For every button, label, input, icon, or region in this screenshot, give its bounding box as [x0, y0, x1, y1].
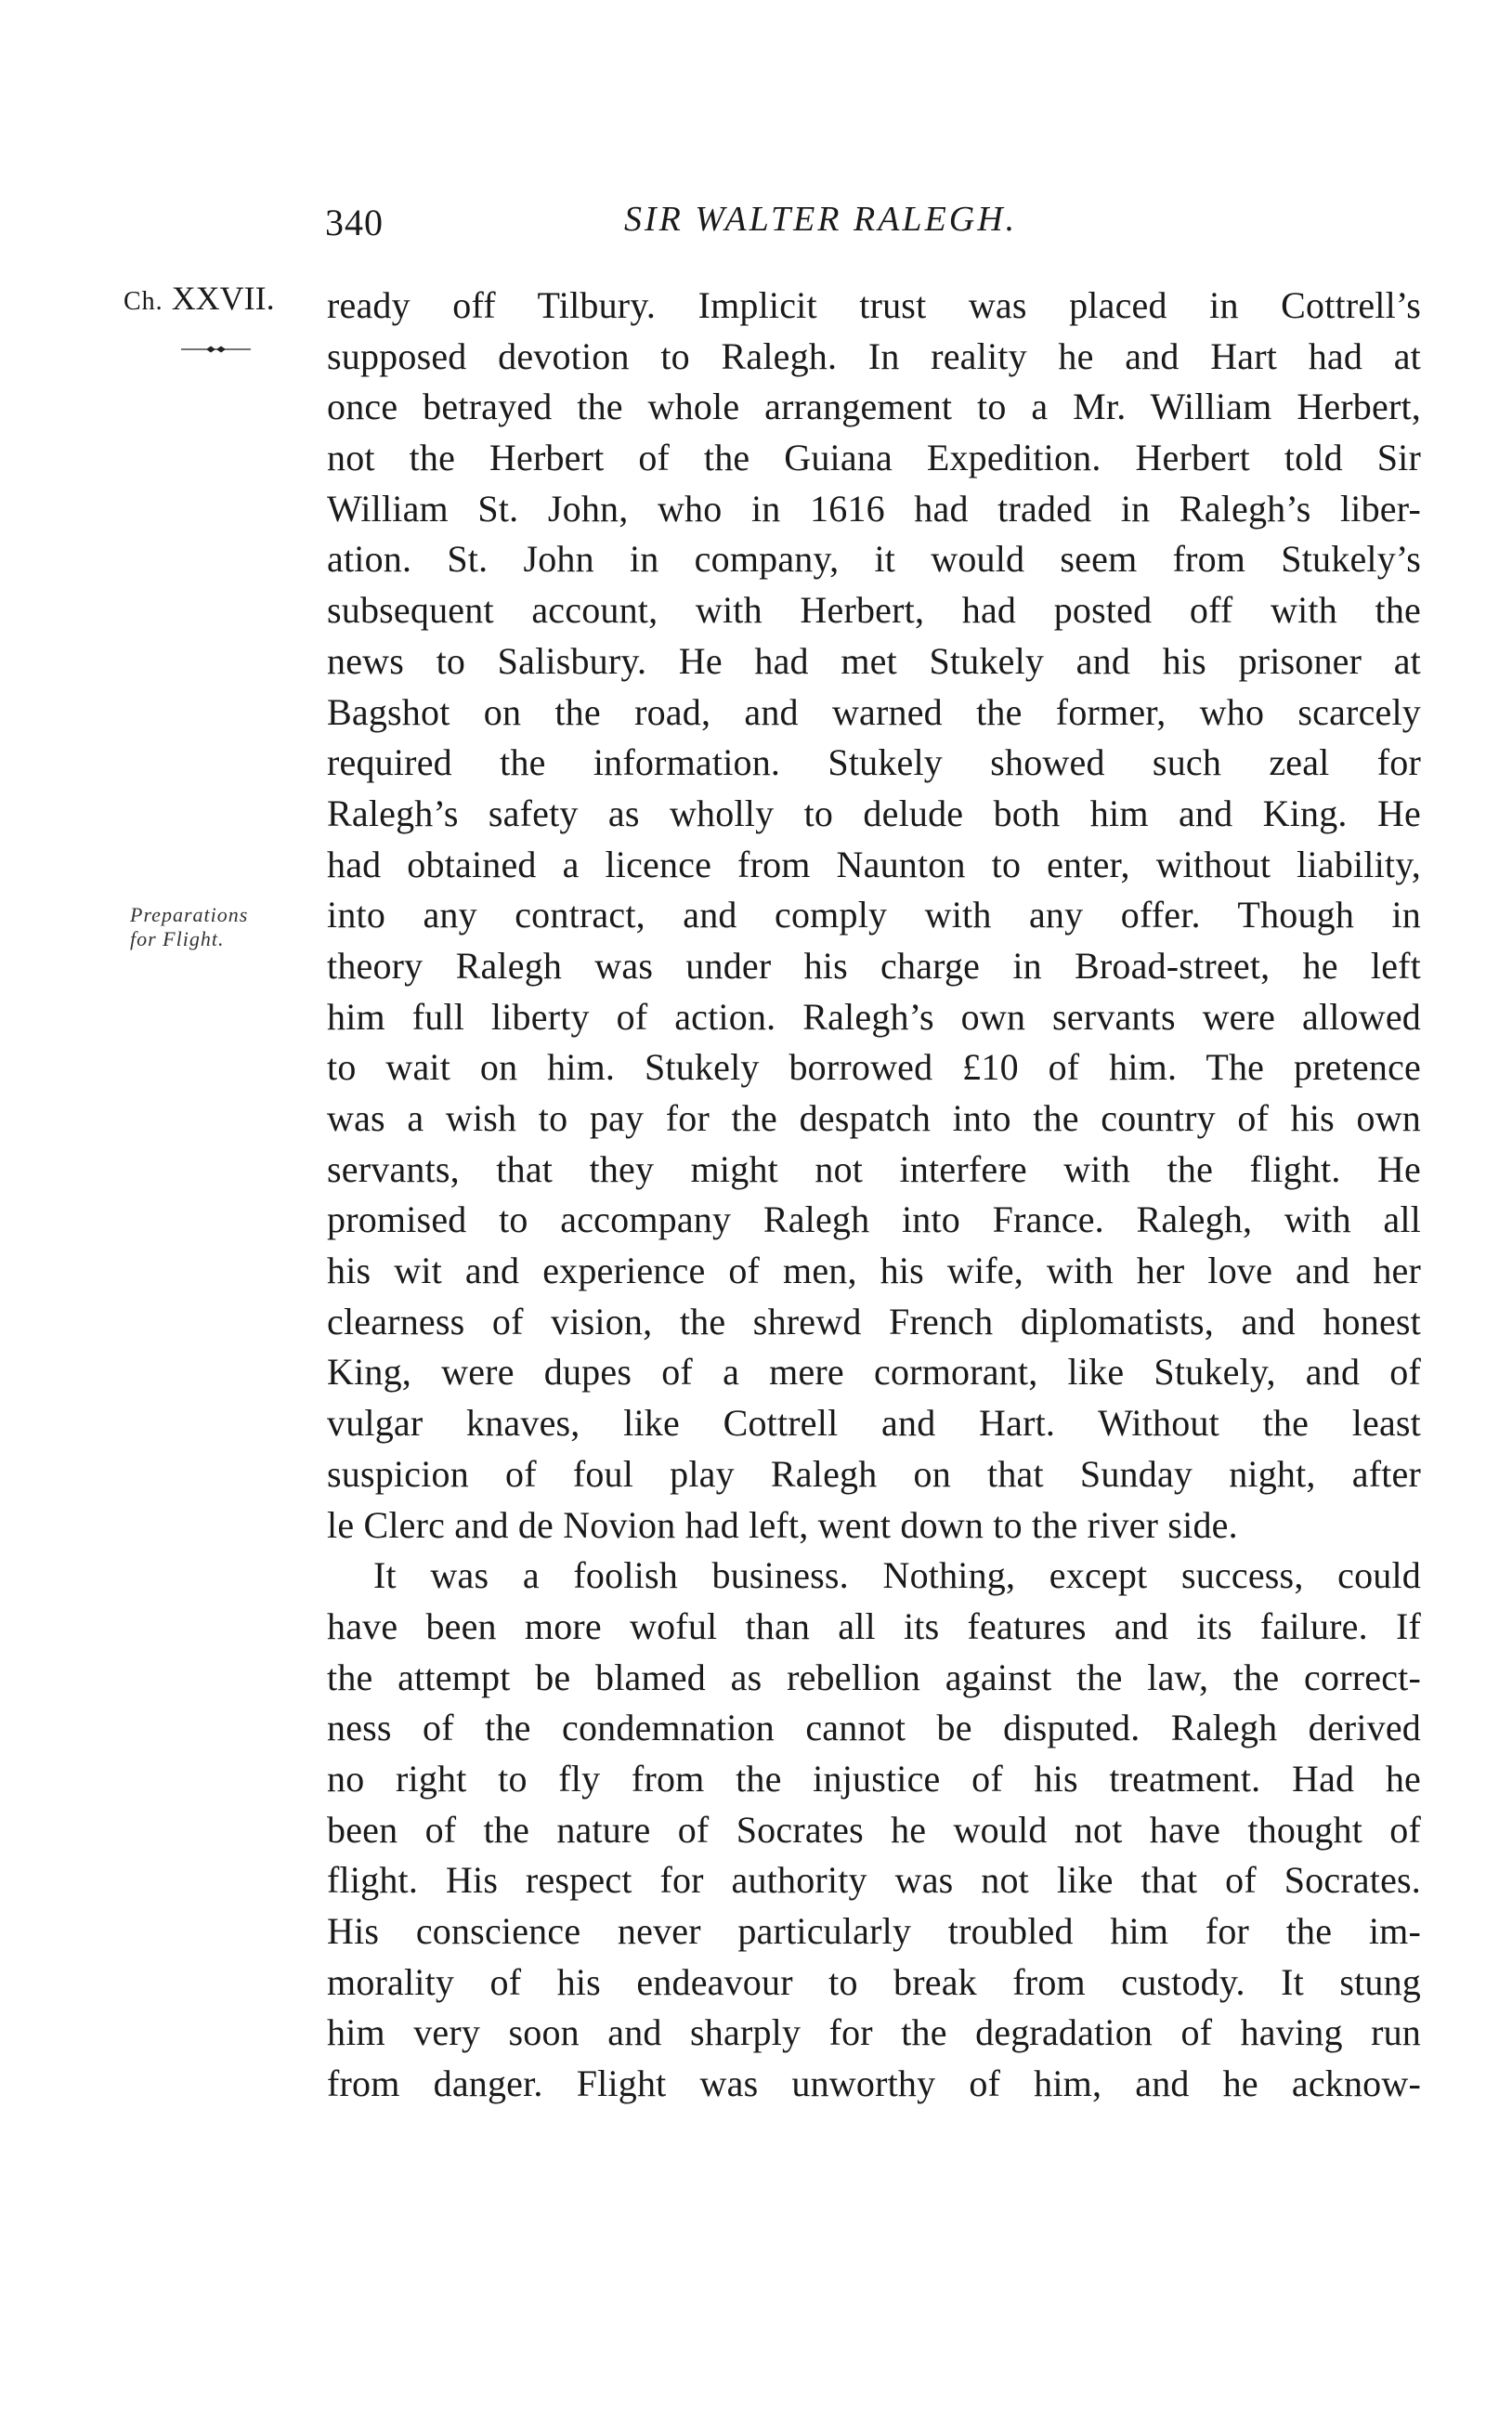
- text-line: was a wish to pay for the despatch into …: [327, 1093, 1421, 1145]
- text-line: vulgar knaves, like Cottrell and Hart. W…: [327, 1398, 1421, 1449]
- text-line: It was a foolish business. Nothing, exce…: [327, 1551, 1421, 1602]
- text-line: Bagshot on the road, and warned the form…: [327, 687, 1421, 739]
- chapter-prefix: Ch.: [124, 287, 163, 316]
- text-line: subsequent account, with Herbert, had po…: [327, 585, 1421, 636]
- chapter-marker: Ch. XXVII.: [124, 279, 275, 318]
- text-line: been of the nature of Socrates he would …: [327, 1805, 1421, 1856]
- text-line: theory Ralegh was under his charge in Br…: [327, 941, 1421, 992]
- text-line: supposed devotion to Ralegh. In reality …: [327, 332, 1421, 383]
- text-line: Ralegh’s safety as wholly to delude both…: [327, 789, 1421, 840]
- sidenote-line: Preparations: [130, 903, 248, 927]
- text-line: William St. John, who in 1616 had traded…: [327, 484, 1421, 535]
- sidenote-line: for Flight.: [130, 927, 248, 951]
- text-line: no right to fly from the injustice of hi…: [327, 1754, 1421, 1805]
- text-line: ready off Tilbury. Implicit trust was pl…: [327, 281, 1421, 332]
- body-text: ready off Tilbury. Implicit trust was pl…: [327, 281, 1421, 2110]
- text-line: ness of the condemnation cannot be dispu…: [327, 1703, 1421, 1754]
- text-line: suspicion of foul play Ralegh on that Su…: [327, 1449, 1421, 1500]
- text-line: clearness of vision, the shrewd French d…: [327, 1297, 1421, 1348]
- text-line: servants, that they might not interfere …: [327, 1145, 1421, 1196]
- text-line: from danger. Flight was unworthy of him,…: [327, 2059, 1421, 2110]
- text-line: not the Herbert of the Guiana Expedition…: [327, 433, 1421, 484]
- text-line: had obtained a licence from Naunton to e…: [327, 840, 1421, 891]
- text-line: promised to accompany Ralegh into France…: [327, 1195, 1421, 1246]
- text-line: him very soon and sharply for the degrad…: [327, 2008, 1421, 2059]
- text-line: once betrayed the whole arrangement to a…: [327, 382, 1421, 433]
- text-line: to wait on him. Stukely borrowed £10 of …: [327, 1042, 1421, 1093]
- text-line: the attempt be blamed as rebellion again…: [327, 1653, 1421, 1704]
- chapter-number: XXVII.: [172, 280, 275, 317]
- text-line: have been more woful than all its featur…: [327, 1602, 1421, 1653]
- text-line: morality of his endeavour to break from …: [327, 1957, 1421, 2009]
- text-line: His conscience never particularly troubl…: [327, 1906, 1421, 1957]
- running-title: SIR WALTER RALEGH.: [624, 199, 1017, 240]
- text-line: King, were dupes of a mere cormorant, li…: [327, 1347, 1421, 1398]
- page-number: 340: [325, 201, 384, 244]
- text-line: flight. His respect for authority was no…: [327, 1855, 1421, 1906]
- text-line: ation. St. John in company, it would see…: [327, 534, 1421, 585]
- text-line: into any contract, and comply with any o…: [327, 890, 1421, 941]
- text-line: required the information. Stukely showed…: [327, 738, 1421, 789]
- double-diamond-rule-icon: [181, 346, 251, 353]
- text-line: news to Salisbury. He had met Stukely an…: [327, 636, 1421, 687]
- text-line: le Clerc and de Novion had left, went do…: [327, 1500, 1421, 1551]
- text-line: his wit and experience of men, his wife,…: [327, 1246, 1421, 1297]
- paragraph: ready off Tilbury. Implicit trust was pl…: [327, 281, 1421, 1551]
- text-line: him full liberty of action. Ralegh’s own…: [327, 992, 1421, 1043]
- margin-sidenote: Preparations for Flight.: [130, 903, 248, 951]
- paragraph: It was a foolish business. Nothing, exce…: [327, 1551, 1421, 2110]
